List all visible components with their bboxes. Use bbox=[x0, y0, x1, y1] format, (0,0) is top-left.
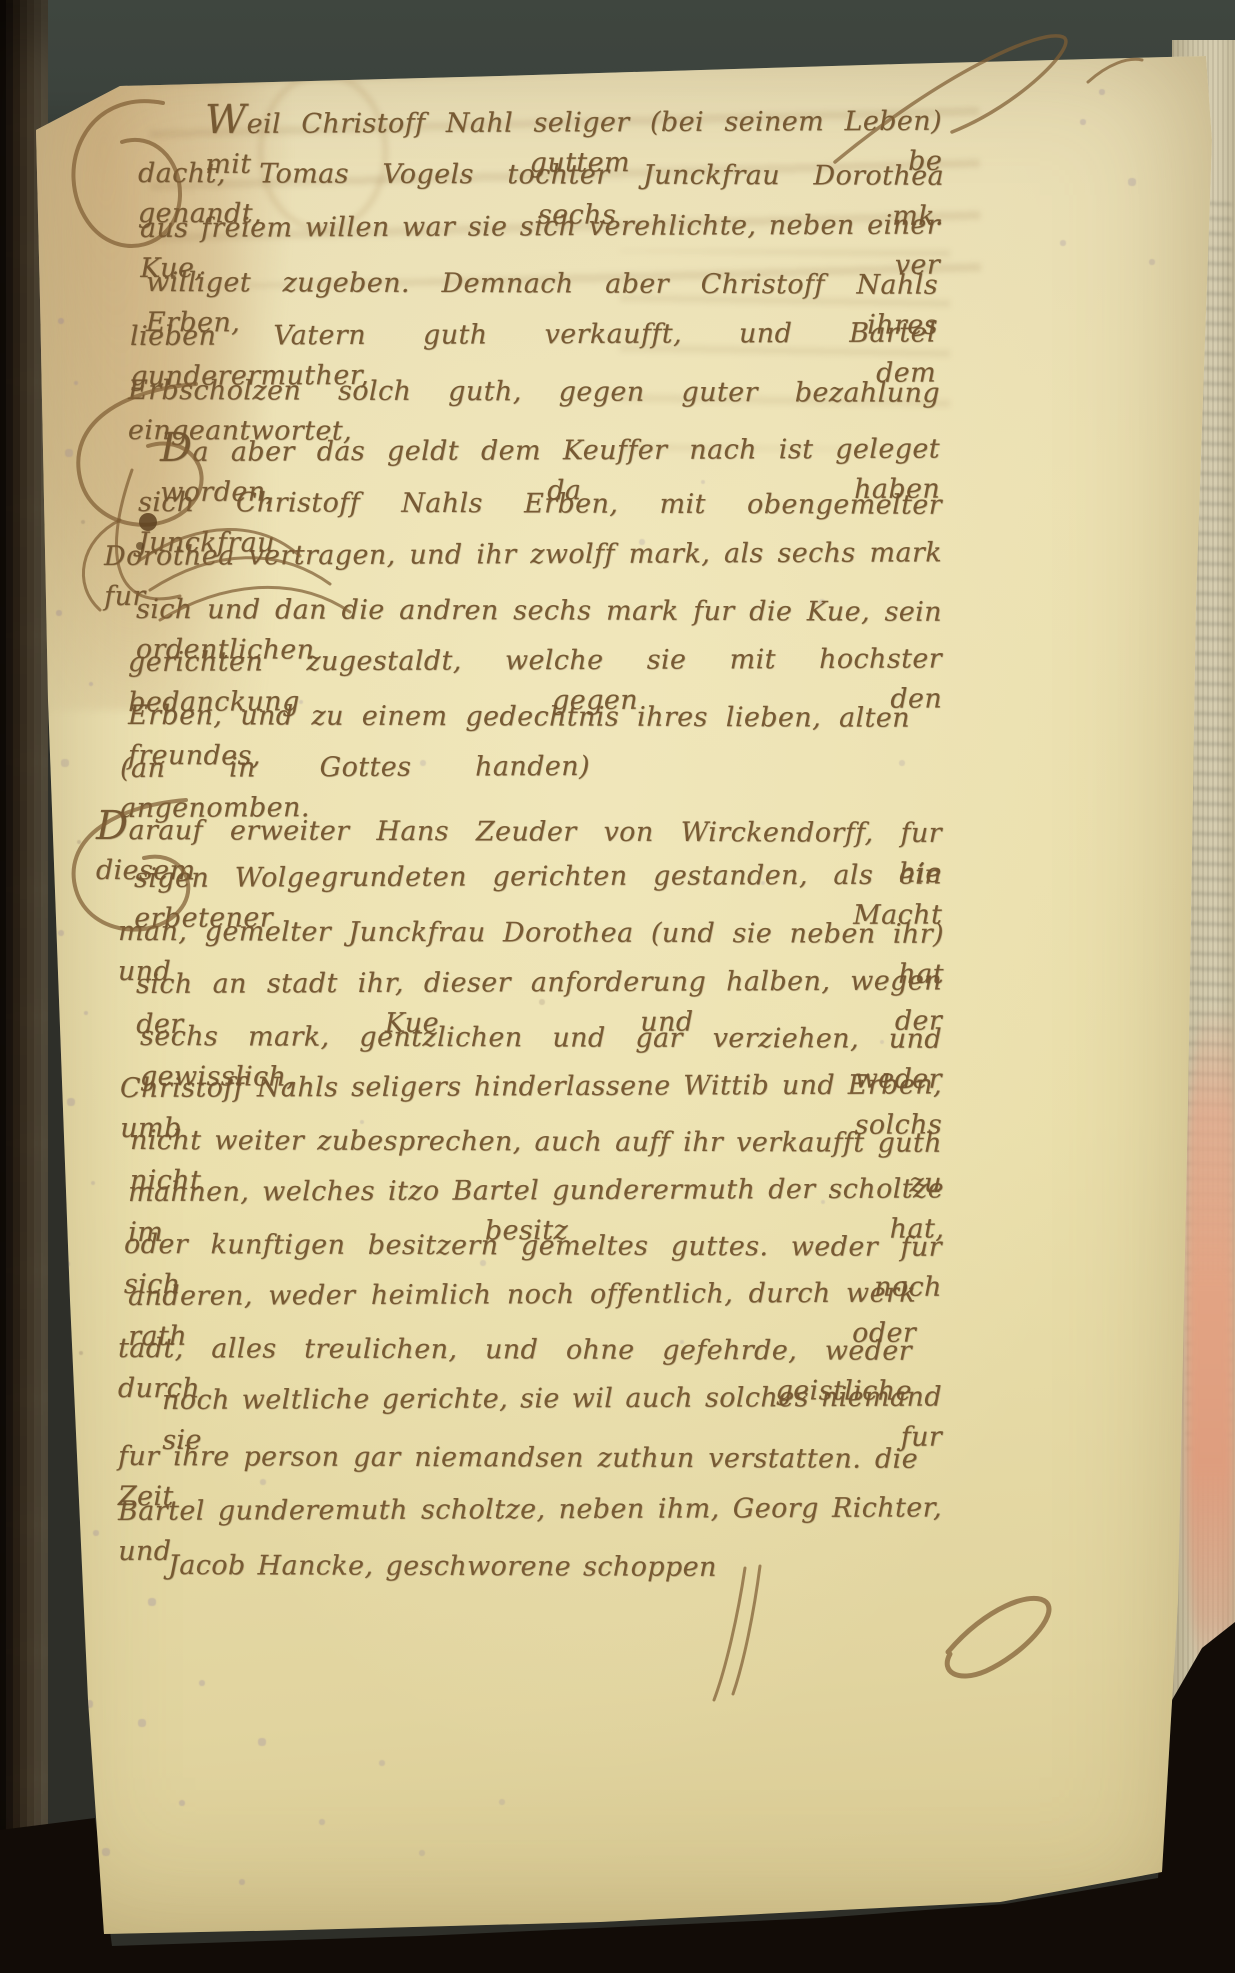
book-scan: Weil Christoff Nahl seliger (bei seinem … bbox=[0, 0, 1235, 1973]
page-edge-shading bbox=[0, 0, 1235, 1973]
manuscript-page: Weil Christoff Nahl seliger (bei seinem … bbox=[0, 0, 1235, 1973]
finger bbox=[1186, 1005, 1235, 1685]
